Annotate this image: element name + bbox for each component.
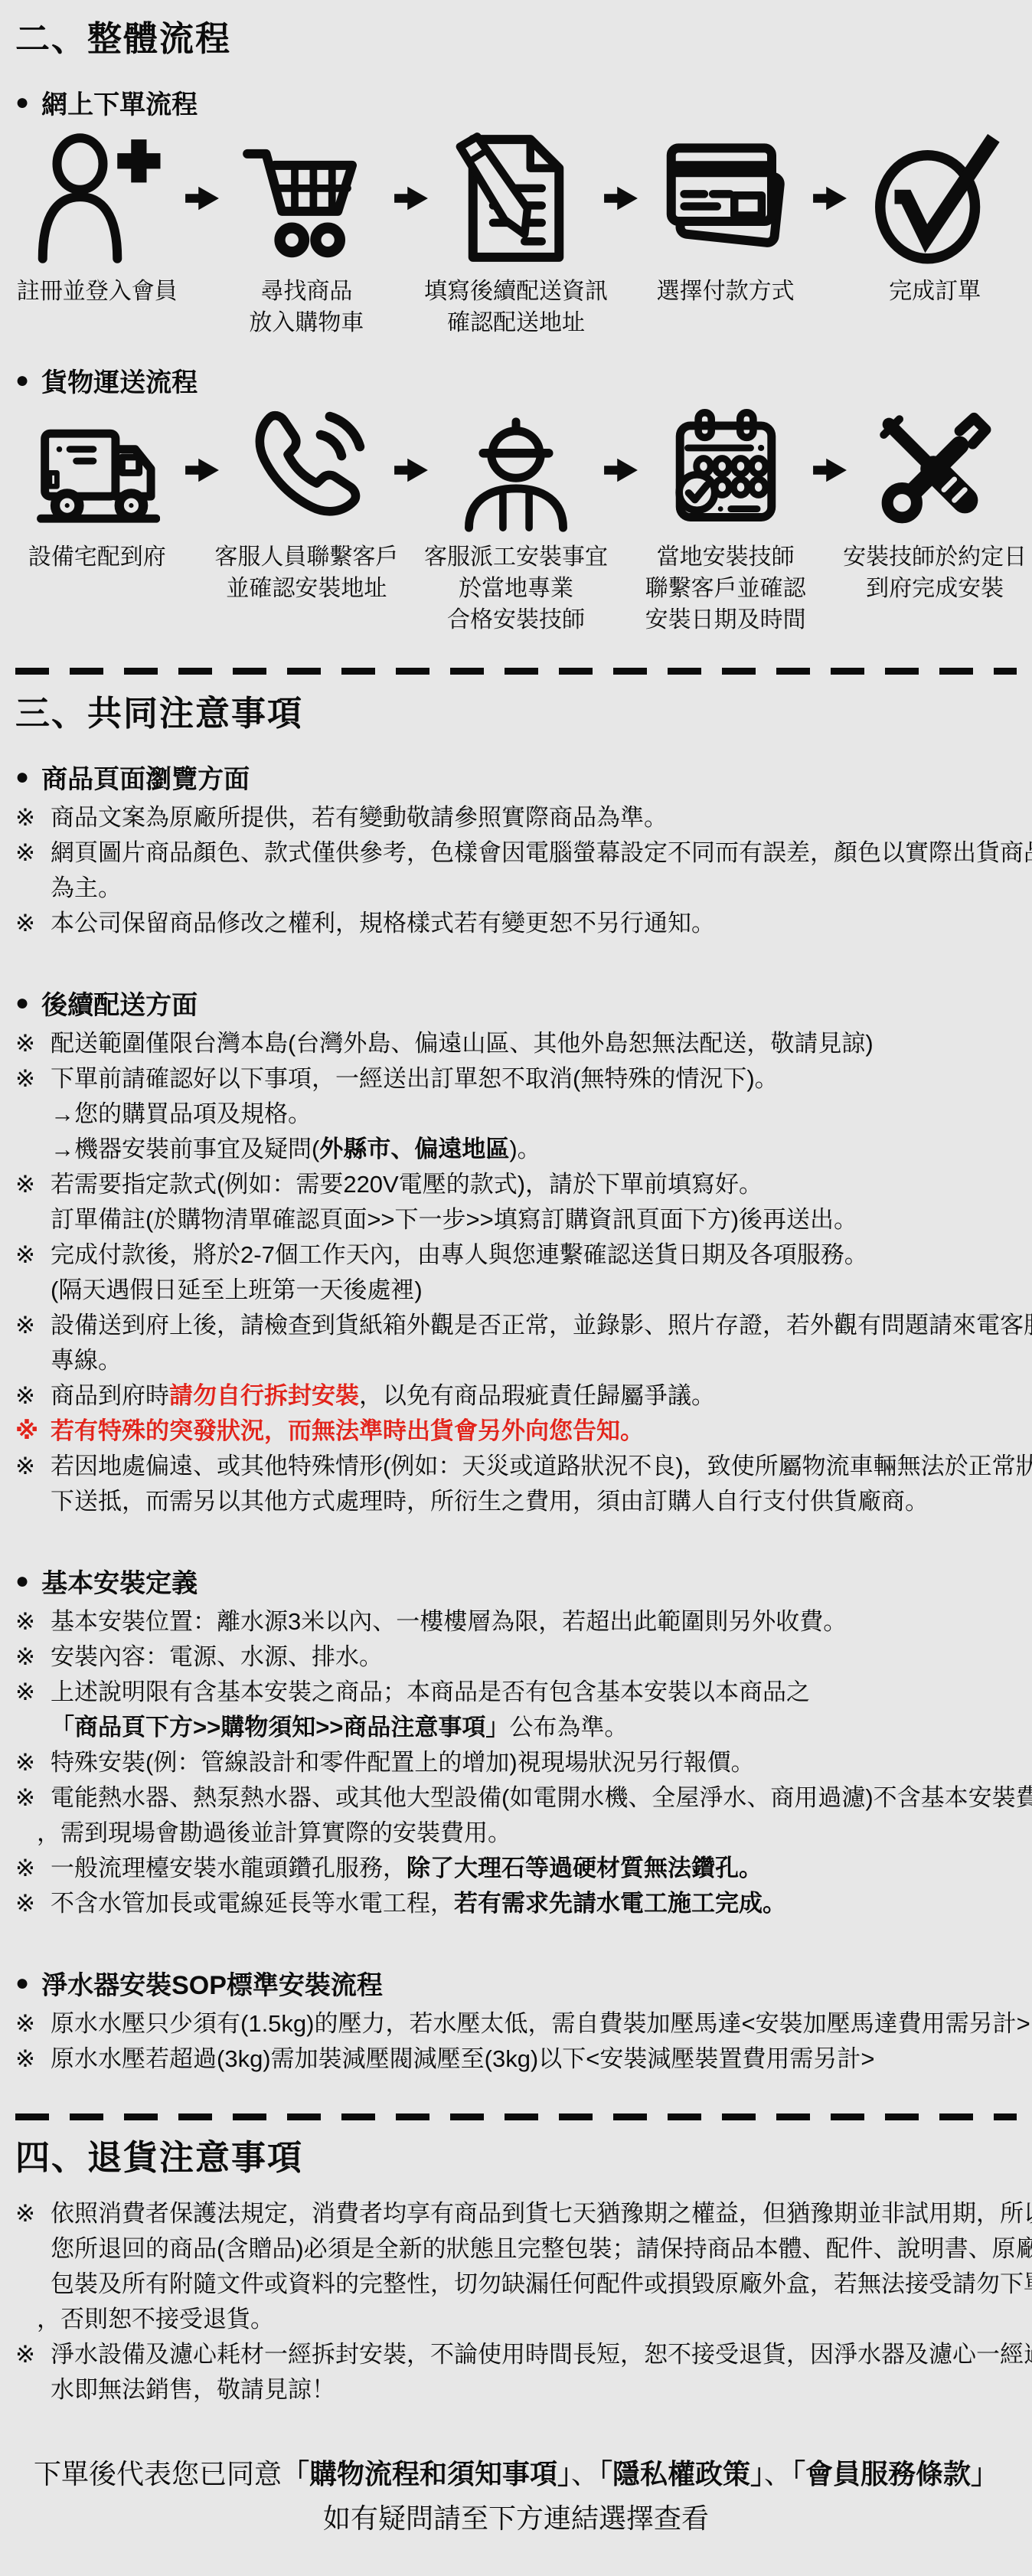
- flow-arrow: [807, 404, 853, 537]
- note-line: ※ 若因地處偏遠、或其他特殊情形(例如：天災或道路狀況不良)，致使所屬物流車輛無…: [15, 1449, 1017, 1484]
- flow-step-label-line: 安裝日期及時間: [645, 604, 806, 636]
- flow-step: 選擇付款方式: [644, 126, 808, 307]
- note-line: 水即無法銷售，敬請見諒！: [15, 2372, 1017, 2408]
- calendar-schedule-icon: [663, 404, 789, 537]
- note-text-segment: ，以免有商品瑕疵責任歸屬爭議。: [359, 1382, 715, 1409]
- note-text-segment: 電能熱水器、熱泵熱水器、或其他大型設備(如電開水機、全屋淨水、商用過濾)不含基本…: [51, 1784, 1032, 1811]
- notice-group-header: ●基本安裝定義: [15, 1562, 1017, 1600]
- notice-group-lines: ※ 原水水壓只少須有(1.5kg)的壓力，若水壓太低，需自費裝加壓馬達<安裝加壓…: [15, 2006, 1017, 2077]
- note-text-segment: 特殊安裝(例：管線設計和零件配置上的增加)視現場狀況另行報價。: [51, 1749, 755, 1776]
- note-text-segment: 網頁圖片商品顏色、款式僅供參考，色樣會因電腦螢幕設定不同而有誤差，顏色以實際出貨…: [51, 839, 1032, 866]
- note-line: 專線。: [15, 1343, 1017, 1378]
- reference-mark: ※: [15, 1449, 35, 1484]
- note-text-segment: 一般流理檯安裝水龍頭鑽孔服務，: [51, 1855, 407, 1881]
- note-text-segment: 水即無法銷售，敬請見諒！: [51, 2376, 335, 2403]
- note-text-segment: →您的購買品項及規格。: [51, 1100, 312, 1127]
- note-text-segment: 依照消費者保護法規定，消費者均享有商品到貨七天猶豫期之權益，但猶豫期並非試用期，…: [51, 2200, 1032, 2227]
- note-line: 「商品頁下方>>購物須知>>商品注意事項」公布為準。: [15, 1710, 1017, 1745]
- order-form-pencil-icon: [447, 126, 585, 271]
- footer-text-segment: 如有疑問請至下方連結選擇查看: [323, 2502, 709, 2534]
- note-text-segment: 若有特殊的突發狀況，而無法準時出貨會另外向您告知。: [51, 1417, 644, 1444]
- note-line: ※ 設備送到府上後，請檢查到貨紙箱外觀是否正常，並錄影、照片存證，若外觀有問題請…: [15, 1308, 1017, 1343]
- note-text-segment: (隔天遇假日延至上班第一天後處裡): [51, 1277, 423, 1303]
- flow-step: 客服人員聯繫客戶並確認安裝地址: [225, 404, 389, 604]
- note-text-segment: 不含水管加長或電線延長等水電工程，: [51, 1890, 454, 1917]
- note-line: ※ 一般流理檯安裝水龍頭鑽孔服務，除了大理石等過硬材質無法鑽孔。: [15, 1851, 1017, 1886]
- reference-mark: ※: [15, 1886, 35, 1921]
- flow-step-label: 註冊並登入會員: [17, 276, 178, 307]
- note-line: 訂單備註(於購物清單確認頁面>>下一步>>填寫訂購資訊頁面下方)後再送出。: [15, 1202, 1017, 1237]
- note-text-segment: 配送範圍僅限台灣本島(台灣外島、偏遠山區、其他外島恕無法配送，敬請見諒): [51, 1030, 874, 1057]
- flow-step-label-line: 客服人員聯繫客戶: [214, 541, 398, 573]
- note-line: ※ 本公司保留商品修改之權利，規格樣式若有變更恕不另行通知。: [15, 906, 1017, 941]
- notice-group: ●後續配送方面※配送範圍僅限台灣本島(台灣外島、偏遠山區、其他外島恕無法配送，敬…: [15, 984, 1017, 1519]
- reference-mark: ※: [15, 800, 35, 835]
- reference-mark: ※: [15, 1851, 35, 1886]
- flow-header-label: 網上下單流程: [41, 83, 198, 121]
- note-text-segment: 淨水設備及濾心耗材一經拆封安裝，不論使用時間長短，恕不接受退貨，因淨水器及濾心一…: [51, 2341, 1032, 2368]
- dashed-divider: [15, 2113, 1017, 2120]
- footer-text-segment: 下單後代表您已同意: [34, 2458, 282, 2489]
- note-text-segment: 除了大理石等過硬材質無法鑽孔。: [407, 1855, 763, 1881]
- note-text-segment: 上述說明限有含基本安裝之商品；本商品是否有包含基本安裝以本商品之: [51, 1679, 810, 1705]
- note-line: ※ 上述說明限有含基本安裝之商品；本商品是否有包含基本安裝以本商品之: [15, 1675, 1017, 1710]
- note-line: ※ 完成付款後，將於2-7個工作天內，由專人與您連繫確認送貨日期及各項服務。: [15, 1237, 1017, 1273]
- agreement-footer: 下單後代表您已同意「購物流程和須知事項」、「隱私權政策」、「會員服務條款」如有疑…: [15, 2452, 1017, 2541]
- note-text-segment: 若因地處偏遠、或其他特殊情形(例如：天災或道路狀況不良)，致使所屬物流車輛無法於…: [51, 1453, 1032, 1479]
- flow-step-label-line: 尋找商品: [249, 276, 364, 307]
- note-line: ※ 依照消費者保護法規定，消費者均享有商品到貨七天猶豫期之權益，但猶豫期並非試用…: [15, 2196, 1017, 2231]
- bullet-icon: ●: [15, 1972, 29, 1995]
- notice-group-header: ●商品頁面瀏覽方面: [15, 758, 1017, 796]
- note-text-segment: 原水水壓若超過(3kg)需加裝減壓閥減壓至(3kg)以下<安裝減壓裝置費用需另計…: [51, 2045, 874, 2072]
- arrow-right-icon: [182, 126, 222, 271]
- flow-step-label-line: 選擇付款方式: [657, 276, 795, 307]
- flow-arrow: [179, 126, 225, 271]
- reference-mark: ※: [15, 1639, 35, 1675]
- flow-step-label: 選擇付款方式: [657, 276, 795, 307]
- note-line: 包裝及所有附隨文件或資料的完整性，切勿缺漏任何配件或損毀原廠外盒，若無法接受請勿…: [15, 2267, 1017, 2302]
- note-line: ※ 電能熱水器、熱泵熱水器、或其他大型設備(如電開水機、全屋淨水、商用過濾)不含…: [15, 1780, 1017, 1816]
- bullet-icon: ●: [15, 766, 29, 789]
- flow-step-label: 客服人員聯繫客戶並確認安裝地址: [214, 541, 398, 604]
- note-line: 您所退回的商品(含贈品)必須是全新的狀態且完整包裝；請保持商品本體、配件、說明書…: [15, 2231, 1017, 2267]
- flow-arrow: [388, 404, 434, 537]
- reference-mark: ※: [15, 835, 35, 871]
- note-line: ※ 原水水壓若超過(3kg)需加裝減壓閥減壓至(3kg)以下<安裝減壓裝置費用需…: [15, 2042, 1017, 2077]
- reference-mark: ※: [15, 1745, 35, 1780]
- footer-text-segment: 、: [571, 2458, 599, 2489]
- arrow-right-icon: [810, 404, 850, 537]
- reference-mark: ※: [15, 2042, 35, 2077]
- note-text-segment: 安裝內容：電源、水源、排水。: [51, 1643, 383, 1670]
- arrow-right-icon: [601, 126, 641, 271]
- technician-worker-icon: [453, 404, 579, 537]
- reference-mark: ※: [15, 1237, 35, 1273]
- footer-text-segment: 「隱私權政策」: [599, 2458, 764, 2489]
- reference-mark: ※: [15, 1026, 35, 1061]
- flow-step-label-line: 確認配送地址: [424, 307, 608, 338]
- note-line: ※ 網頁圖片商品顏色、款式僅供參考，色樣會因電腦螢幕設定不同而有誤差，顏色以實際…: [15, 835, 1017, 871]
- arrow-right-icon: [810, 126, 850, 271]
- reference-mark: ※: [15, 1167, 35, 1202]
- note-line: ※ 安裝內容：電源、水源、排水。: [15, 1639, 1017, 1675]
- note-text-segment: 商品到府時: [51, 1382, 169, 1409]
- notice-group-header-label: 商品頁面瀏覽方面: [41, 758, 250, 796]
- flow-arrow: [807, 126, 853, 271]
- flow-step: 填寫後續配送資訊確認配送地址: [434, 126, 598, 338]
- delivery-truck-icon: [34, 404, 160, 537]
- return-notes-title: 四、退貨注意事項: [15, 2130, 1017, 2179]
- footer-line: 下單後代表您已同意「購物流程和須知事項」、「隱私權政策」、「會員服務條款」: [15, 2452, 1017, 2496]
- flow-step-label: 設備宅配到府: [28, 541, 166, 573]
- flow-arrow: [598, 404, 644, 537]
- notice-group-header: ●淨水器安裝SOP標準安裝流程: [15, 1964, 1017, 2002]
- note-line: ※ 原水水壓只少須有(1.5kg)的壓力，若水壓太低，需自費裝加壓馬達<安裝加壓…: [15, 2006, 1017, 2042]
- install-tools-icon: [872, 404, 998, 537]
- reference-mark: ※: [15, 1414, 38, 1449]
- bullet-icon: ●: [15, 91, 29, 114]
- flow-step-label-line: 客服派工安裝事宜: [424, 541, 608, 573]
- phone-call-icon: [243, 404, 369, 537]
- note-line: →機器安裝前事宜及疑問(外縣市、偏遠地區)。: [15, 1132, 1017, 1167]
- credit-card-icon: [657, 126, 795, 271]
- note-text-segment: 基本安裝位置：離水源3米以內、一樓樓層為限，若超出此範圍則另外收費。: [51, 1608, 847, 1635]
- notice-group-lines: ※配送範圍僅限台灣本島(台灣外島、偏遠山區、其他外島恕無法配送，敬請見諒)※下單…: [15, 1026, 1017, 1519]
- note-text-segment: 若有需求先請水電工施工完成。: [454, 1890, 786, 1917]
- flow-arrow: [179, 404, 225, 537]
- note-text-segment: 若需要指定款式(例如：需要220V電壓的款式)，請於下單前填寫好。: [51, 1171, 763, 1198]
- arrow-right-icon: [391, 126, 431, 271]
- return-notes-lines: ※ 依照消費者保護法規定，消費者均享有商品到貨七天猶豫期之權益，但猶豫期並非試用…: [15, 2196, 1017, 2408]
- flow-step: 安裝技師於約定日到府完成安裝: [853, 404, 1017, 604]
- bullet-icon: ●: [15, 1570, 29, 1593]
- note-line: 為主。: [15, 871, 1017, 906]
- flow-arrow: [388, 126, 434, 271]
- reference-mark: ※: [15, 1604, 35, 1639]
- flow-step-label: 客服派工安裝事宜於當地專業合格安裝技師: [424, 541, 608, 636]
- note-line: 下送抵，而需另以其他方式處理時，所衍生之費用，須由訂購人自行支付供貨廠商。: [15, 1484, 1017, 1519]
- note-text-segment: 您所退回的商品(含贈品)必須是全新的狀態且完整包裝；請保持商品本體、配件、說明書…: [51, 2235, 1032, 2262]
- flow-step-label-line: 到府完成安裝: [843, 573, 1027, 604]
- note-text-segment: 商品文案為原廠所提供，若有變動敬請參照實際商品為準。: [51, 804, 668, 831]
- flow-step-label: 當地安裝技師聯繫客戶並確認安裝日期及時間: [645, 541, 806, 636]
- note-text-segment: 請勿自行拆封安裝: [169, 1382, 359, 1409]
- notice-group-header: ●後續配送方面: [15, 984, 1017, 1022]
- note-text-segment: 原水水壓只少須有(1.5kg)的壓力，若水壓太低，需自費裝加壓馬達<安裝加壓馬達…: [51, 2010, 1030, 2037]
- notice-group-header-label: 後續配送方面: [41, 984, 198, 1022]
- reference-mark: ※: [15, 1308, 35, 1343]
- flow-step-label-line: 合格安裝技師: [424, 604, 608, 636]
- arrow-right-icon: [182, 404, 222, 537]
- reference-mark: ※: [15, 1675, 35, 1710]
- footer-line: 如有疑問請至下方連結選擇查看: [15, 2496, 1017, 2541]
- note-line: ，需到現場會勘過後並計算實際的安裝費用。: [15, 1816, 1017, 1851]
- note-line: ※配送範圍僅限台灣本島(台灣外島、偏遠山區、其他外島恕無法配送，敬請見諒): [15, 1026, 1017, 1061]
- note-line: ※ 若有特殊的突發狀況，而無法準時出貨會另外向您告知。: [15, 1414, 1017, 1449]
- flow-step-label: 填寫後續配送資訊確認配送地址: [424, 276, 608, 338]
- notice-group-lines: ※ 基本安裝位置：離水源3米以內、一樓樓層為限，若超出此範圍則另外收費。※ 安裝…: [15, 1604, 1017, 1921]
- flow-step-label-line: 完成訂單: [889, 276, 981, 307]
- flow-step-label-line: 填寫後續配送資訊: [424, 276, 608, 307]
- notice-group-lines: ※ 商品文案為原廠所提供，若有變動敬請參照實際商品為準。※ 網頁圖片商品顏色、款…: [15, 800, 1017, 941]
- flow-step: 設備宅配到府: [15, 404, 179, 573]
- reference-mark: ※: [15, 2337, 35, 2372]
- common-notes-groups: ●商品頁面瀏覽方面※ 商品文案為原廠所提供，若有變動敬請參照實際商品為準。※ 網…: [15, 758, 1017, 2077]
- note-line: ※ 基本安裝位置：離水源3米以內、一樓樓層為限，若超出此範圍則另外收費。: [15, 1604, 1017, 1639]
- bullet-icon: ●: [15, 992, 29, 1015]
- notice-group: ●淨水器安裝SOP標準安裝流程※ 原水水壓只少須有(1.5kg)的壓力，若水壓太…: [15, 1964, 1017, 2077]
- footer-text-segment: 「會員服務條款」: [792, 2458, 998, 2489]
- note-line: ※ 商品到府時請勿自行拆封安裝，以免有商品瑕疵責任歸屬爭議。: [15, 1378, 1017, 1414]
- flow-step-label-line: 聯繫客戶並確認: [645, 573, 806, 604]
- footer-text-segment: 、: [764, 2458, 792, 2489]
- reference-mark: ※: [15, 906, 35, 941]
- flow-step-label: 尋找商品放入購物車: [249, 276, 364, 338]
- note-text-segment: 包裝及所有附隨文件或資料的完整性，切勿缺漏任何配件或損毀原廠外盒，若無法接受請勿…: [51, 2270, 1032, 2297]
- note-line: ※下單前請確認好以下事項，一經送出訂單恕不取消(無特殊的情況下)。: [15, 1061, 1017, 1097]
- flow-step-label-line: 設備宅配到府: [28, 541, 166, 573]
- reference-mark: ※: [15, 2006, 35, 2042]
- note-line: ，否則恕不接受退貨。: [15, 2302, 1017, 2337]
- check-circle-icon: [866, 126, 1004, 271]
- overall-process-title: 二、整體流程: [15, 11, 1017, 60]
- flow-header-online-order: ● 網上下單流程: [15, 83, 1017, 121]
- flow-step: 完成訂單: [853, 126, 1017, 307]
- notice-group: ●基本安裝定義※ 基本安裝位置：離水源3米以內、一樓樓層為限，若超出此範圍則另外…: [15, 1562, 1017, 1921]
- footer-text-segment: 「購物流程和須知事項」: [282, 2458, 571, 2489]
- common-notes-title: 三、共同注意事項: [15, 685, 1017, 735]
- note-text-segment: →機器安裝前事宜及疑問(: [51, 1136, 319, 1162]
- reference-mark: ※: [15, 2196, 35, 2231]
- flow-step-label: 安裝技師於約定日到府完成安裝: [843, 541, 1027, 604]
- flow-step: 當地安裝技師聯繫客戶並確認安裝日期及時間: [644, 404, 808, 636]
- note-line: (隔天遇假日延至上班第一天後處裡): [15, 1273, 1017, 1308]
- note-line: ※ 淨水設備及濾心耗材一經拆封安裝，不論使用時間長短，恕不接受退貨，因淨水器及濾…: [15, 2337, 1017, 2372]
- note-text-segment: 外縣市、偏遠地區: [319, 1136, 509, 1162]
- note-line: →您的購買品項及規格。: [15, 1097, 1017, 1132]
- flow-arrow: [598, 126, 644, 271]
- flow-step-label-line: 安裝技師於約定日: [843, 541, 1027, 573]
- flow-step: 尋找商品放入購物車: [225, 126, 389, 338]
- online-order-flow: 註冊並登入會員尋找商品放入購物車填寫後續配送資訊確認配送地址選擇付款方式完成訂單: [15, 126, 1017, 338]
- note-text-segment: 「商品頁下方>>購物須知>>商品注意事項」: [51, 1714, 509, 1741]
- note-line: ※ 特殊安裝(例：管線設計和零件配置上的增加)視現場狀況另行報價。: [15, 1745, 1017, 1780]
- register-user-plus-icon: [28, 126, 166, 271]
- flow-header-label: 貨物運送流程: [41, 361, 198, 399]
- note-line: ※ 商品文案為原廠所提供，若有變動敬請參照實際商品為準。: [15, 800, 1017, 835]
- note-text-segment: ，否則恕不接受退貨。: [37, 2306, 274, 2332]
- reference-mark: ※: [15, 1378, 35, 1414]
- reference-mark: ※: [15, 1780, 35, 1816]
- note-text-segment: 下送抵，而需另以其他方式處理時，所衍生之費用，須由訂購人自行支付供貨廠商。: [51, 1488, 929, 1515]
- note-text-segment: )。: [509, 1136, 540, 1162]
- flow-step-label-line: 當地安裝技師: [645, 541, 806, 573]
- purchase-notice-page: 二、整體流程 ● 網上下單流程 註冊並登入會員尋找商品放入購物車填寫後續配送資訊…: [0, 0, 1032, 2576]
- note-text-segment: ，需到現場會勘過後並計算實際的安裝費用。: [37, 1819, 511, 1846]
- note-text-segment: 設備送到府上後，請檢查到貨紙箱外觀是否正常，並錄影、照片存證，若外觀有問題請來電…: [51, 1312, 1032, 1339]
- flow-step: 註冊並登入會員: [15, 126, 179, 307]
- note-line: ※ 若需要指定款式(例如：需要220V電壓的款式)，請於下單前填寫好。: [15, 1167, 1017, 1202]
- notice-group: ●商品頁面瀏覽方面※ 商品文案為原廠所提供，若有變動敬請參照實際商品為準。※ 網…: [15, 758, 1017, 941]
- note-text-segment: 公布為準。: [509, 1714, 628, 1741]
- note-line: ※ 不含水管加長或電線延長等水電工程，若有需求先請水電工施工完成。: [15, 1886, 1017, 1921]
- note-text-segment: 完成付款後，將於2-7個工作天內，由專人與您連繫確認送貨日期及各項服務。: [51, 1241, 868, 1268]
- flow-step-label: 完成訂單: [889, 276, 981, 307]
- bullet-icon: ●: [15, 369, 29, 392]
- flow-step-label-line: 放入購物車: [249, 307, 364, 338]
- notice-group-header-label: 基本安裝定義: [41, 1562, 198, 1600]
- note-text-segment: 本公司保留商品修改之權利，規格樣式若有變更恕不另行通知。: [51, 910, 715, 937]
- arrow-right-icon: [601, 404, 641, 537]
- note-text-segment: 下單前請確認好以下事項，一經送出訂單恕不取消(無特殊的情況下)。: [51, 1065, 779, 1092]
- note-text-segment: 訂單備註(於購物清單確認頁面>>下一步>>填寫訂購資訊頁面下方)後再送出。: [51, 1206, 857, 1233]
- flow-header-delivery: ● 貨物運送流程: [15, 361, 1017, 399]
- shopping-cart-icon: [237, 126, 375, 271]
- flow-step-label-line: 註冊並登入會員: [17, 276, 178, 307]
- dashed-divider: [15, 668, 1017, 675]
- reference-mark: ※: [15, 1061, 35, 1097]
- flow-step: 客服派工安裝事宜於當地專業合格安裝技師: [434, 404, 598, 636]
- flow-step-label-line: 並確認安裝地址: [214, 573, 398, 604]
- arrow-right-icon: [391, 404, 431, 537]
- note-text-segment: 專線。: [51, 1347, 122, 1374]
- delivery-flow: 設備宅配到府客服人員聯繫客戶並確認安裝地址客服派工安裝事宜於當地專業合格安裝技師…: [15, 404, 1017, 636]
- note-text-segment: 為主。: [51, 874, 122, 901]
- notice-group-header-label: 淨水器安裝SOP標準安裝流程: [41, 1964, 383, 2002]
- flow-step-label-line: 於當地專業: [424, 573, 608, 604]
